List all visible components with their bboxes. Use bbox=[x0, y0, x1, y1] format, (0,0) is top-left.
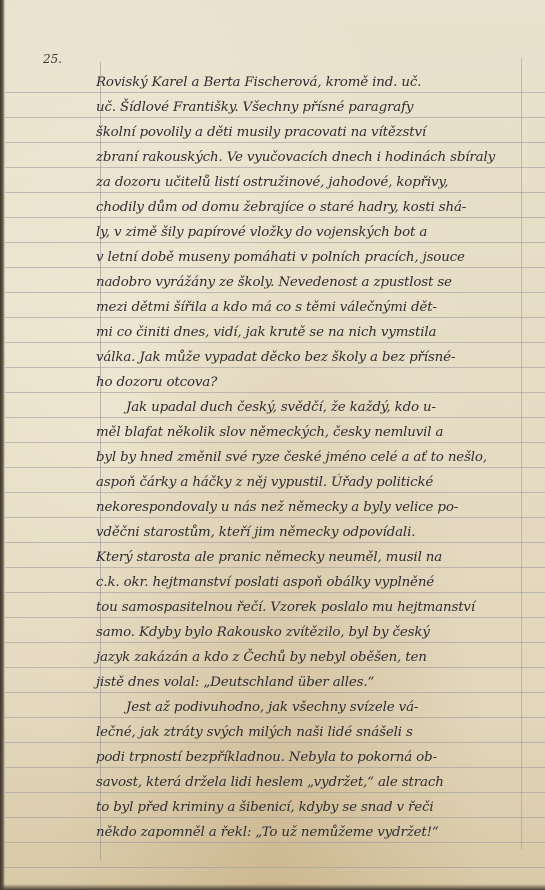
text-line: mezi dětmi šířila a kdo má co s těmi vál… bbox=[96, 295, 526, 320]
text-line: aspoň čárky a háčky z něj vypustil. Úřad… bbox=[96, 470, 526, 495]
text-line: samo. Kdyby bylo Rakousko zvítězilo, byl… bbox=[96, 620, 526, 645]
text-line: ly, v zimě šily papírové vložky do vojen… bbox=[96, 220, 526, 245]
text-line: měl blafat několik slov německých, česky… bbox=[96, 420, 526, 445]
text-line: chodily dům od domu žebrajíce o staré ha… bbox=[96, 195, 526, 220]
text-line: v letní době museny pomáhati v polních p… bbox=[96, 245, 526, 270]
text-line: ho dozoru otcova? bbox=[96, 370, 526, 395]
text-line: mi co činiti dnes, vidí, jak krutě se na… bbox=[96, 320, 526, 345]
text-line: za dozoru učitelů listí ostružinové, jah… bbox=[96, 170, 526, 195]
text-line: školní povolily a děti musily pracovati … bbox=[96, 120, 526, 145]
text-line: vděčni starostům, kteří jim německy odpo… bbox=[96, 520, 526, 545]
text-line: to byl před kriminy a šibenicí, kdyby se… bbox=[96, 795, 526, 820]
text-line: nekorespondovaly u nás než německy a byl… bbox=[96, 495, 526, 520]
page-number: 25. bbox=[43, 52, 62, 66]
text-line: tou samospasitelnou řečí. Vzorek poslalo… bbox=[96, 595, 526, 620]
text-line: byl by hned změnil své ryze české jméno … bbox=[96, 445, 526, 470]
text-line: Který starosta ale pranic německy neuměl… bbox=[96, 545, 526, 570]
paragraph-start-line: Jak upadal duch český, svědčí, že každý,… bbox=[96, 395, 526, 420]
paragraph-start-line: Jest až podivuhodno, jak všechny svízele… bbox=[96, 695, 526, 720]
text-line: c.k. okr. hejtmanství poslati aspoň obál… bbox=[96, 570, 526, 595]
text-line: Roviský Karel a Berta Fischerová, kromě … bbox=[96, 70, 526, 95]
text-line: podi trpností bezpříkladnou. Nebyla to p… bbox=[96, 745, 526, 770]
text-line: nadobro vyrážány ze školy. Nevedenost a … bbox=[96, 270, 526, 295]
text-line: zbraní rakouských. Ve vyučovacích dnech … bbox=[96, 145, 526, 170]
text-line: jistě dnes volal: „Deutschland über alle… bbox=[96, 670, 526, 695]
handwritten-text-block: Roviský Karel a Berta Fischerová, kromě … bbox=[96, 70, 526, 845]
text-line: jazyk zakázán a kdo z Čechů by nebyl obě… bbox=[96, 645, 526, 670]
text-line: válka. Jak může vypadat děcko bez školy … bbox=[96, 345, 526, 370]
text-line: savost, která držela lidi heslem „vydrže… bbox=[96, 770, 526, 795]
text-line: někdo zapomněl a řekl: „To už nemůžeme v… bbox=[96, 820, 526, 845]
text-line: lečné, jak ztráty svých milých naši lidé… bbox=[96, 720, 526, 745]
document-page: 25. Roviský Karel a Berta Fischerová, kr… bbox=[0, 0, 545, 890]
page-bottom-edge bbox=[0, 884, 545, 890]
text-line: uč. Šídlové Františky. Všechny přísné pa… bbox=[96, 95, 526, 120]
